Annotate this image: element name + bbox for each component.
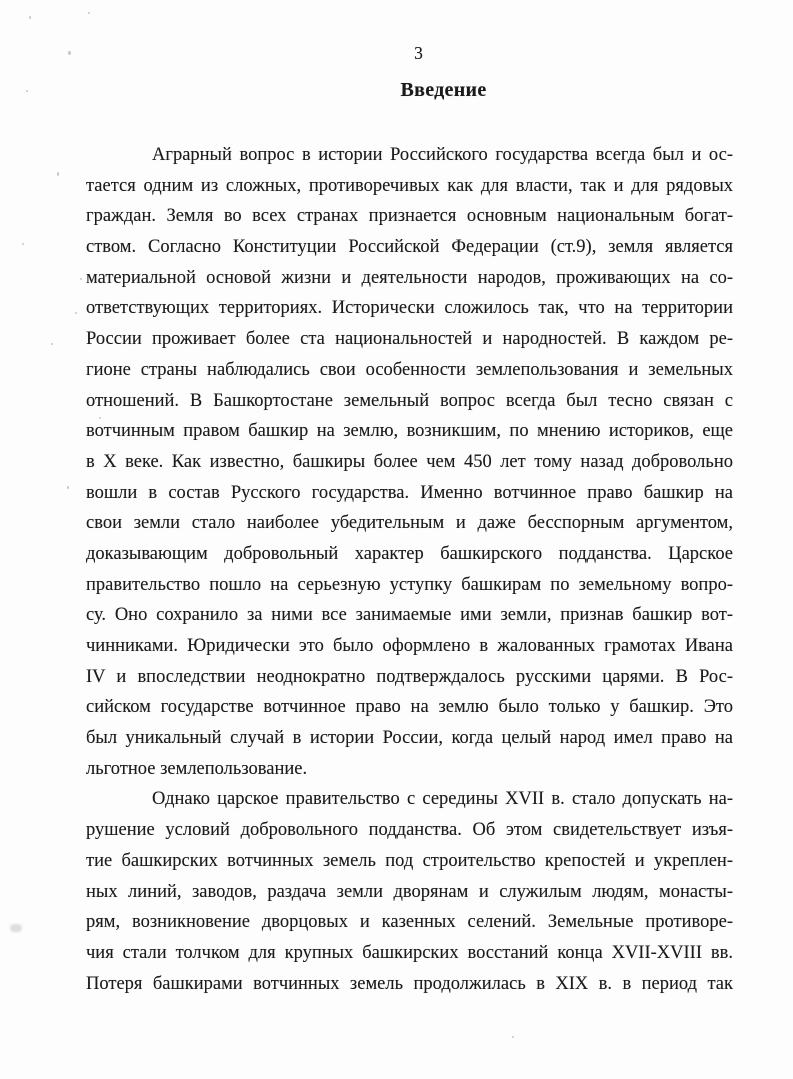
- text-line: Однако царское правительство с середины …: [86, 784, 733, 815]
- scan-speck: [80, 278, 82, 280]
- text-line: в X веке. Как известно, башкиры более че…: [86, 447, 733, 478]
- text-line: свои земли стало наиболее убедительным и…: [86, 508, 733, 539]
- text-line: рям, возникновение дворцовых и казенных …: [86, 907, 733, 938]
- text-line: доказывающим добровольный характер башки…: [86, 539, 733, 570]
- text-line: IV и впоследствии неоднократно подтвержд…: [86, 662, 733, 693]
- text-line: сийском государстве вотчинное право на з…: [86, 692, 733, 723]
- scan-speck: [22, 243, 24, 245]
- text-line: ством. Согласно Конституции Российской Ф…: [86, 232, 733, 263]
- scanned-document-page: 3 Введение Аграрный вопрос в истории Рос…: [0, 0, 793, 1079]
- text-line: су. Оно сохранило за ними все занимаемые…: [86, 600, 733, 631]
- text-line: чия стали толчком для крупных башкирских…: [86, 938, 733, 969]
- text-line: Потеря башкирами вотчинных земель продол…: [86, 969, 733, 1000]
- text-line: России проживает более ста национальност…: [86, 324, 733, 355]
- text-line: тается одним из сложных, противоречивых …: [86, 171, 733, 202]
- scan-smudge: [10, 924, 22, 932]
- text-line: отношений. В Башкортостане земельный воп…: [86, 386, 733, 417]
- paragraph: Однако царское правительство с середины …: [86, 784, 733, 999]
- text-line: был уникальный случай в истории России, …: [86, 723, 733, 754]
- text-line: материальной основой жизни и деятельност…: [86, 263, 733, 294]
- paragraph: Аграрный вопрос в истории Российского го…: [86, 140, 733, 784]
- text-line: тие башкирских вотчинных земель под стро…: [86, 846, 733, 877]
- page-number: 3: [0, 42, 793, 64]
- scan-speck: [88, 12, 90, 14]
- scan-speck: [26, 90, 28, 92]
- text-line: правительство пошло на серьезную уступку…: [86, 570, 733, 601]
- text-line: граждан. Земля во всех странах признаетс…: [86, 201, 733, 232]
- text-line: чинниками. Юридически это было оформлено…: [86, 631, 733, 662]
- scan-speck: [512, 1036, 514, 1038]
- text-line: ных линий, заводов, раздача земли дворян…: [86, 877, 733, 908]
- text-line: ответствующих территориях. Исторически с…: [86, 293, 733, 324]
- scan-speck: [51, 343, 53, 345]
- scan-speck: [57, 172, 59, 176]
- body-text: Аграрный вопрос в истории Российского го…: [86, 140, 733, 999]
- scan-speck: [67, 486, 69, 489]
- scan-speck: [99, 417, 101, 419]
- text-line: вошли в состав Русского государства. Име…: [86, 478, 733, 509]
- text-line: Аграрный вопрос в истории Российского го…: [86, 140, 733, 171]
- page-title: Введение: [0, 77, 793, 103]
- scan-speck: [68, 51, 71, 55]
- scan-speck: [75, 312, 77, 314]
- text-line: льготное землепользование.: [86, 754, 733, 785]
- text-line: вотчинным правом башкир на землю, возник…: [86, 416, 733, 447]
- text-line: рушение условий добровольного подданства…: [86, 815, 733, 846]
- text-line: гионе страны наблюдались свои особенност…: [86, 355, 733, 386]
- scan-speck: [29, 16, 31, 19]
